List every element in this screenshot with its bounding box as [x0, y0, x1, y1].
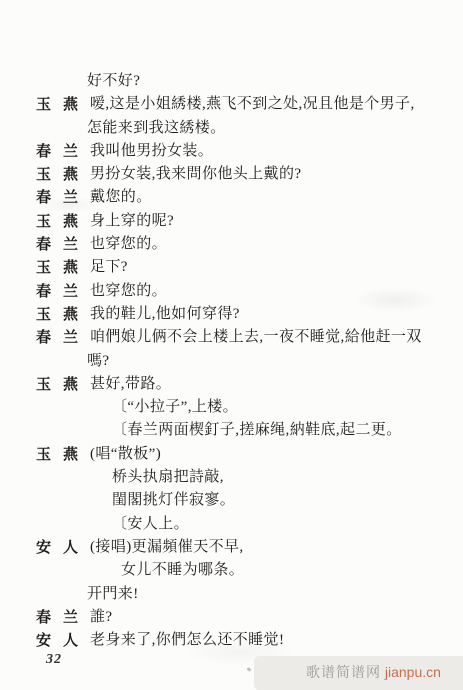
script-line: 春兰也穿您的。	[0, 280, 463, 303]
speaker-name: 玉燕	[36, 93, 90, 116]
watermark: 歌谱简谱网 jianpu.cn	[306, 662, 441, 682]
script-line: 玉燕我的鞋儿,他如何穿得?	[0, 303, 463, 326]
line-text: 〔安人上。	[112, 516, 189, 532]
watermark-site-name: 歌谱简谱网	[306, 664, 381, 680]
script-line: 嗎?	[0, 350, 463, 373]
line-text: 女儿不睡为哪条。	[121, 562, 244, 578]
speaker-name: 安人	[36, 536, 90, 559]
line-text: (唱“散板”)	[90, 446, 161, 462]
aria-line: 女儿不睡为哪条。	[0, 559, 463, 582]
script-line: 玉燕(唱“散板”)	[0, 443, 463, 466]
watermark-url: jianpu.cn	[385, 664, 441, 680]
script-line: 春兰我叫他男扮女装。	[0, 140, 463, 163]
script-line: 玉燕嗳,这是小姐綉楼,燕飞不到之处,况且他是个男子,	[0, 93, 463, 116]
line-text: 誰?	[90, 609, 112, 625]
aria-line: 閨閣挑灯伴寂寥。	[0, 489, 463, 512]
line-text: 甚好,带路。	[90, 376, 171, 392]
speaker-name: 春兰	[36, 140, 90, 163]
line-text: 开門来!	[87, 586, 139, 602]
line-text: 嗳,这是小姐綉楼,燕飞不到之处,况且他是个男子,	[90, 96, 415, 112]
line-text: 身上穿的呢?	[90, 213, 174, 229]
speaker-name: 春兰	[36, 606, 90, 629]
speaker-name: 春兰	[36, 186, 90, 209]
speaker-name: 玉燕	[36, 210, 90, 233]
line-text: 男扮女装,我来問你他头上戴的?	[90, 166, 301, 182]
line-text: 我的鞋儿,他如何穿得?	[90, 306, 240, 322]
script-line: 春兰咱們娘儿俩不会上楼上去,一夜不睡觉,給他赶一双	[0, 326, 463, 349]
script-line: 玉燕男扮女装,我来問你他头上戴的?	[0, 163, 463, 186]
line-text: 怎能来到我这綉楼。	[87, 120, 226, 136]
stage-direction: 〔“小拉子”,上楼。	[0, 396, 463, 419]
script-line: 春兰戴您的。	[0, 186, 463, 209]
script-line: 春兰誰?	[0, 606, 463, 629]
line-text: 嗎?	[87, 353, 109, 369]
script-line: 玉燕身上穿的呢?	[0, 210, 463, 233]
script-line: 玉燕甚好,带路。	[0, 373, 463, 396]
stage-direction: 〔春兰两面楔釘子,搓麻绳,納鞋底,起二更。	[0, 419, 463, 442]
line-text: 也穿您的。	[90, 283, 167, 299]
line-text: (接唱)更漏頻催天不早,	[90, 539, 244, 555]
line-text: 足下?	[90, 259, 128, 275]
script-line: 怎能来到我这綉楼。	[0, 117, 463, 140]
script-line: 开門来!	[0, 583, 463, 606]
line-text: 也穿您的。	[90, 236, 167, 252]
line-text: 閨閣挑灯伴寂寥。	[112, 492, 235, 508]
script-line: 玉燕足下?	[0, 256, 463, 279]
speaker-name: 春兰	[36, 280, 90, 303]
script-text-block: 好不好? 玉燕嗳,这是小姐綉楼,燕飞不到之处,况且他是个男子, 怎能来到我这綉楼…	[0, 0, 463, 652]
scanned-script-page: 好不好? 玉燕嗳,这是小姐綉楼,燕飞不到之处,况且他是个男子, 怎能来到我这綉楼…	[0, 0, 463, 690]
line-text: 〔春兰两面楔釘子,搓麻绳,納鞋底,起二更。	[112, 422, 402, 438]
scan-speck	[247, 667, 252, 672]
speaker-name: 玉燕	[36, 256, 90, 279]
speaker-name: 玉燕	[36, 163, 90, 186]
speaker-name: 春兰	[36, 326, 90, 349]
speaker-name: 玉燕	[36, 373, 90, 396]
script-line: 好不好?	[0, 70, 463, 93]
aria-line: 桥头执扇把詩敲,	[0, 466, 463, 489]
line-text: 戴您的。	[90, 189, 152, 205]
stage-direction: 〔安人上。	[0, 513, 463, 536]
script-line: 安人老身来了,你們怎么还不睡觉!	[0, 629, 463, 652]
script-line: 安人(接唱)更漏頻催天不早,	[0, 536, 463, 559]
line-text: 老身来了,你們怎么还不睡觉!	[90, 632, 284, 648]
line-text: 我叫他男扮女装。	[90, 143, 213, 159]
speaker-name: 玉燕	[36, 443, 90, 466]
page-number: 32	[46, 652, 62, 668]
line-text: 咱們娘儿俩不会上楼上去,一夜不睡觉,給他赶一双	[90, 329, 422, 345]
line-text: 〔“小拉子”,上楼。	[112, 399, 238, 415]
speaker-name: 玉燕	[36, 303, 90, 326]
speaker-name: 春兰	[36, 233, 90, 256]
script-line: 春兰也穿您的。	[0, 233, 463, 256]
speaker-name: 安人	[36, 629, 90, 652]
line-text: 桥头执扇把詩敲,	[112, 469, 224, 485]
line-text: 好不好?	[87, 73, 140, 89]
